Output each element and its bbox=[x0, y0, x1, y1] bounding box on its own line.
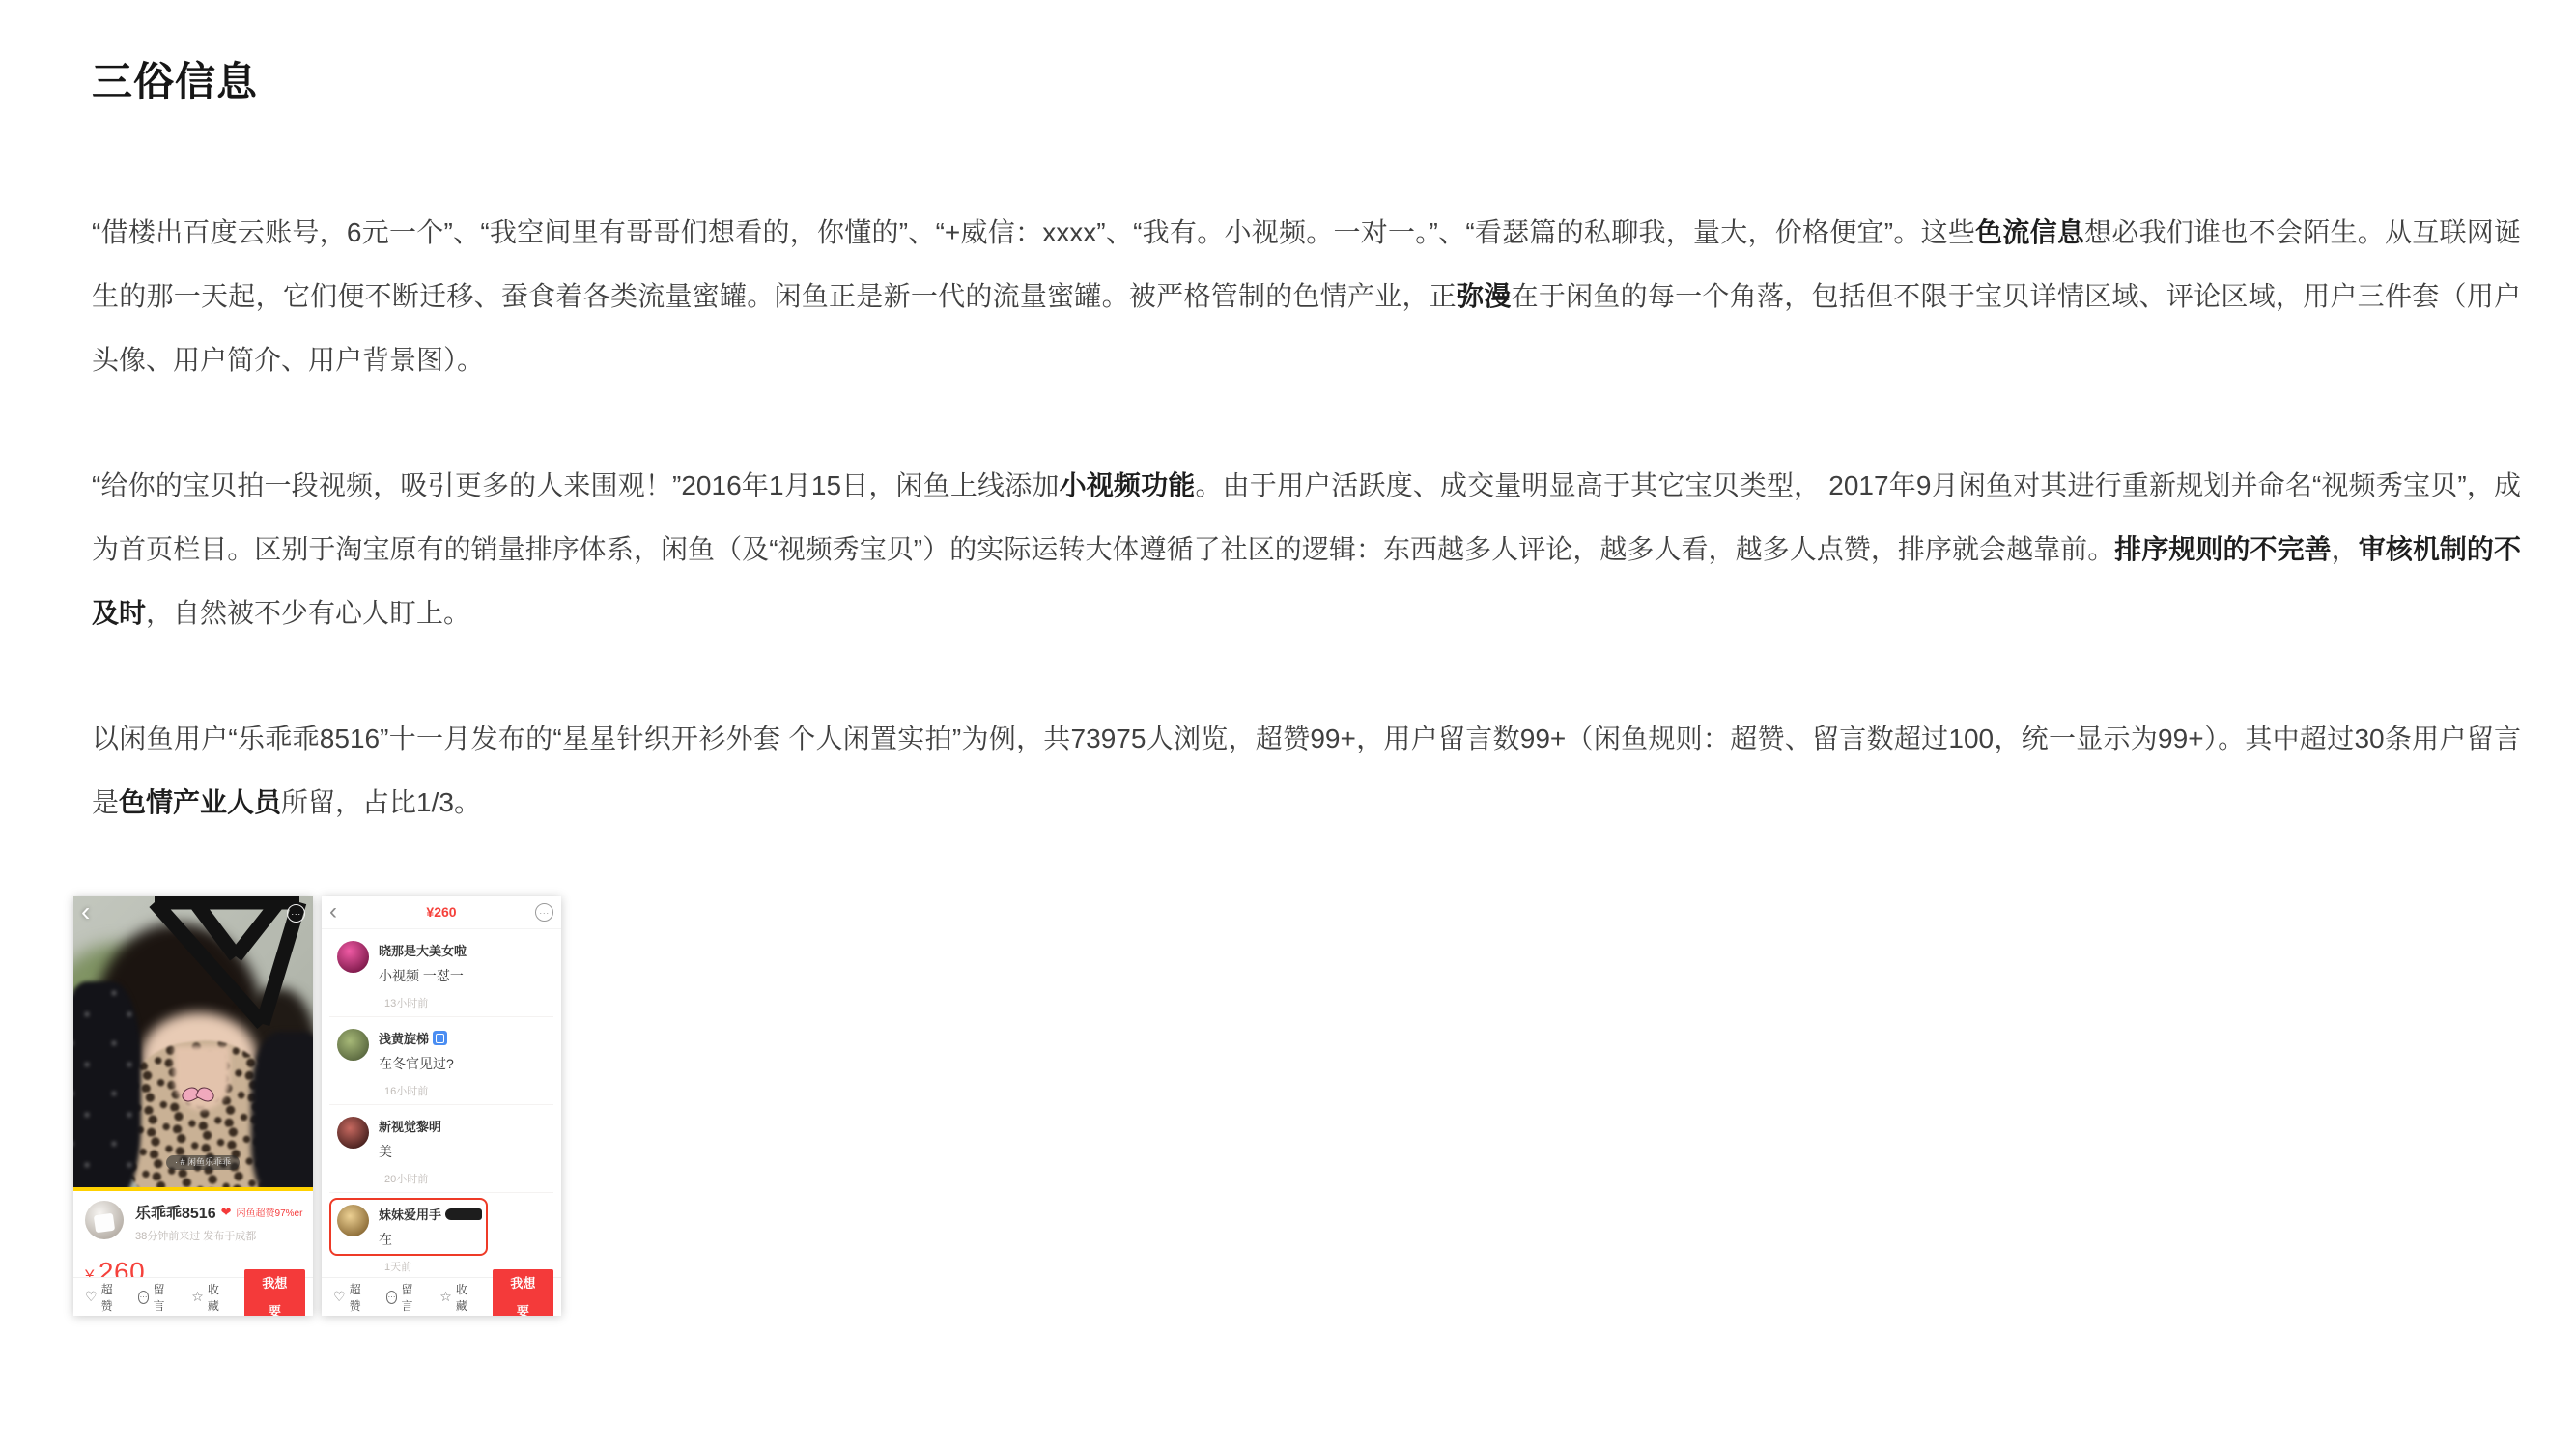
commenter-avatar[interactable] bbox=[337, 941, 369, 973]
header-price: ¥260 bbox=[322, 904, 561, 920]
back-icon[interactable]: ‹ bbox=[81, 898, 90, 925]
like-icon: ♡ bbox=[333, 1289, 346, 1305]
action-bar: ♡ 超赞 ⋯ 留言 ☆ 收藏 我想要 bbox=[322, 1277, 561, 1316]
comment-list: 晓那是大美女啦 小视频 一怼一 13小时前 浅黄旋梯 在冬官见过? bbox=[322, 929, 561, 1277]
like-label: 超赞 bbox=[350, 1281, 367, 1314]
seller-name[interactable]: 乐乖乖8516 bbox=[135, 1201, 216, 1223]
commenter-avatar[interactable] bbox=[337, 1029, 369, 1061]
action-bar: ♡ 超赞 ⋯ 留言 ☆ 收藏 我想要 bbox=[73, 1277, 313, 1316]
seller-avatar[interactable] bbox=[85, 1201, 124, 1239]
like-icon: ♡ bbox=[85, 1289, 98, 1305]
commenter-name[interactable]: 晓那是大美女啦 bbox=[379, 941, 467, 959]
comment-time: 13小时前 bbox=[384, 995, 553, 1010]
paragraph: 以闲鱼用户“乐乖乖8516”十一月发布的“星星针织开衫外套 个人闲置实拍”为例，… bbox=[92, 707, 2521, 835]
comment-item: 新视觉黎明 美 20小时前 bbox=[322, 1105, 561, 1193]
want-button[interactable]: 我想要 bbox=[244, 1269, 305, 1317]
page-title: 三俗信息 bbox=[92, 50, 2521, 108]
photo-cardigan-shape bbox=[251, 1032, 313, 1191]
comment-button[interactable]: ⋯ 留言 bbox=[386, 1281, 421, 1314]
favorite-label: 收藏 bbox=[456, 1281, 473, 1314]
commenter-name[interactable]: 妹妹爱用手 bbox=[379, 1205, 441, 1223]
listing-screenshot[interactable]: ‹ ··· · # 闲鱼乐乖乖 乐乖乖8516 ❤ 闲鱼超赞97%er 38分钟… bbox=[73, 896, 313, 1316]
comment-label: 留言 bbox=[153, 1281, 172, 1314]
commenter-avatar[interactable] bbox=[337, 1117, 369, 1149]
content: 三俗信息 “借楼出百度云账号，6元一个”、“我空间里有哥哥们想看的，你懂的”、“… bbox=[0, 0, 2576, 1316]
listing-photo[interactable]: ‹ ··· · # 闲鱼乐乖乖 bbox=[73, 896, 313, 1191]
commenter-name[interactable]: 新视觉黎明 bbox=[379, 1117, 441, 1135]
comment-text: 在 bbox=[379, 1230, 482, 1249]
comment-text: 在冬官见过? bbox=[379, 1054, 454, 1073]
heart-icon: ❤ bbox=[221, 1205, 232, 1220]
seller-badge: 闲鱼超赞97%er bbox=[237, 1205, 303, 1219]
comment-item: 妹妹爱用手 在 1天前 bbox=[322, 1193, 561, 1277]
favorite-label: 收藏 bbox=[208, 1281, 225, 1314]
favorite-icon: ☆ bbox=[439, 1289, 452, 1305]
want-button[interactable]: 我想要 bbox=[493, 1269, 553, 1317]
like-label: 超赞 bbox=[101, 1281, 119, 1314]
favorite-button[interactable]: ☆ 收藏 bbox=[191, 1281, 225, 1314]
paragraph: “给你的宝贝拍一段视频，吸引更多的人来围观！”2016年1月15日，闲鱼上线添加… bbox=[92, 454, 2521, 645]
photo-bow-shape bbox=[182, 1086, 214, 1103]
comment-text: 小视频 一怼一 bbox=[379, 966, 467, 985]
page: 三俗信息 “借楼出百度云账号，6元一个”、“我空间里有哥哥们想看的，你懂的”、“… bbox=[0, 0, 2576, 1449]
screenshots-row: ‹ ··· · # 闲鱼乐乖乖 乐乖乖8516 ❤ 闲鱼超赞97%er 38分钟… bbox=[73, 896, 2521, 1316]
comment-text: 美 bbox=[379, 1142, 441, 1161]
comment-label: 留言 bbox=[401, 1281, 420, 1314]
favorite-button[interactable]: ☆ 收藏 bbox=[439, 1281, 473, 1314]
favorite-icon: ☆ bbox=[191, 1289, 204, 1305]
like-button[interactable]: ♡ 超赞 bbox=[85, 1281, 119, 1314]
commenter-name[interactable]: 浅黄旋梯 bbox=[379, 1029, 429, 1047]
comment-time: 20小时前 bbox=[384, 1171, 553, 1186]
article-body: “借楼出百度云账号，6元一个”、“我空间里有哥哥们想看的，你懂的”、“+威信：x… bbox=[92, 201, 2521, 835]
verified-badge-icon bbox=[433, 1031, 447, 1045]
comment-icon: ⋯ bbox=[386, 1291, 398, 1304]
more-icon[interactable]: ··· bbox=[535, 903, 553, 922]
more-icon[interactable]: ··· bbox=[287, 904, 305, 923]
watermark-pill: · # 闲鱼乐乖乖 bbox=[166, 1155, 240, 1170]
paragraph: “借楼出百度云账号，6元一个”、“我空间里有哥哥们想看的，你懂的”、“+威信：x… bbox=[92, 201, 2521, 392]
like-button[interactable]: ♡ 超赞 bbox=[333, 1281, 367, 1314]
commenter-avatar[interactable] bbox=[337, 1205, 369, 1236]
comment-time: 16小时前 bbox=[384, 1083, 553, 1098]
comment-button[interactable]: ⋯ 留言 bbox=[138, 1281, 173, 1314]
comments-screenshot[interactable]: ‹ ¥260 ··· 晓那是大美女啦 小视频 一怼一 13小时前 bbox=[322, 896, 561, 1316]
censored-blob bbox=[445, 1208, 482, 1220]
dark-sticker-overlay-icon bbox=[73, 896, 313, 1041]
seller-meta: 38分钟前来过 发布于成都 bbox=[135, 1228, 301, 1243]
comment-item: 晓那是大美女啦 小视频 一怼一 13小时前 bbox=[322, 929, 561, 1017]
comment-icon: ⋯ bbox=[138, 1291, 150, 1304]
comments-header: ‹ ¥260 ··· bbox=[322, 896, 561, 929]
comment-item: 浅黄旋梯 在冬官见过? 16小时前 bbox=[322, 1017, 561, 1105]
